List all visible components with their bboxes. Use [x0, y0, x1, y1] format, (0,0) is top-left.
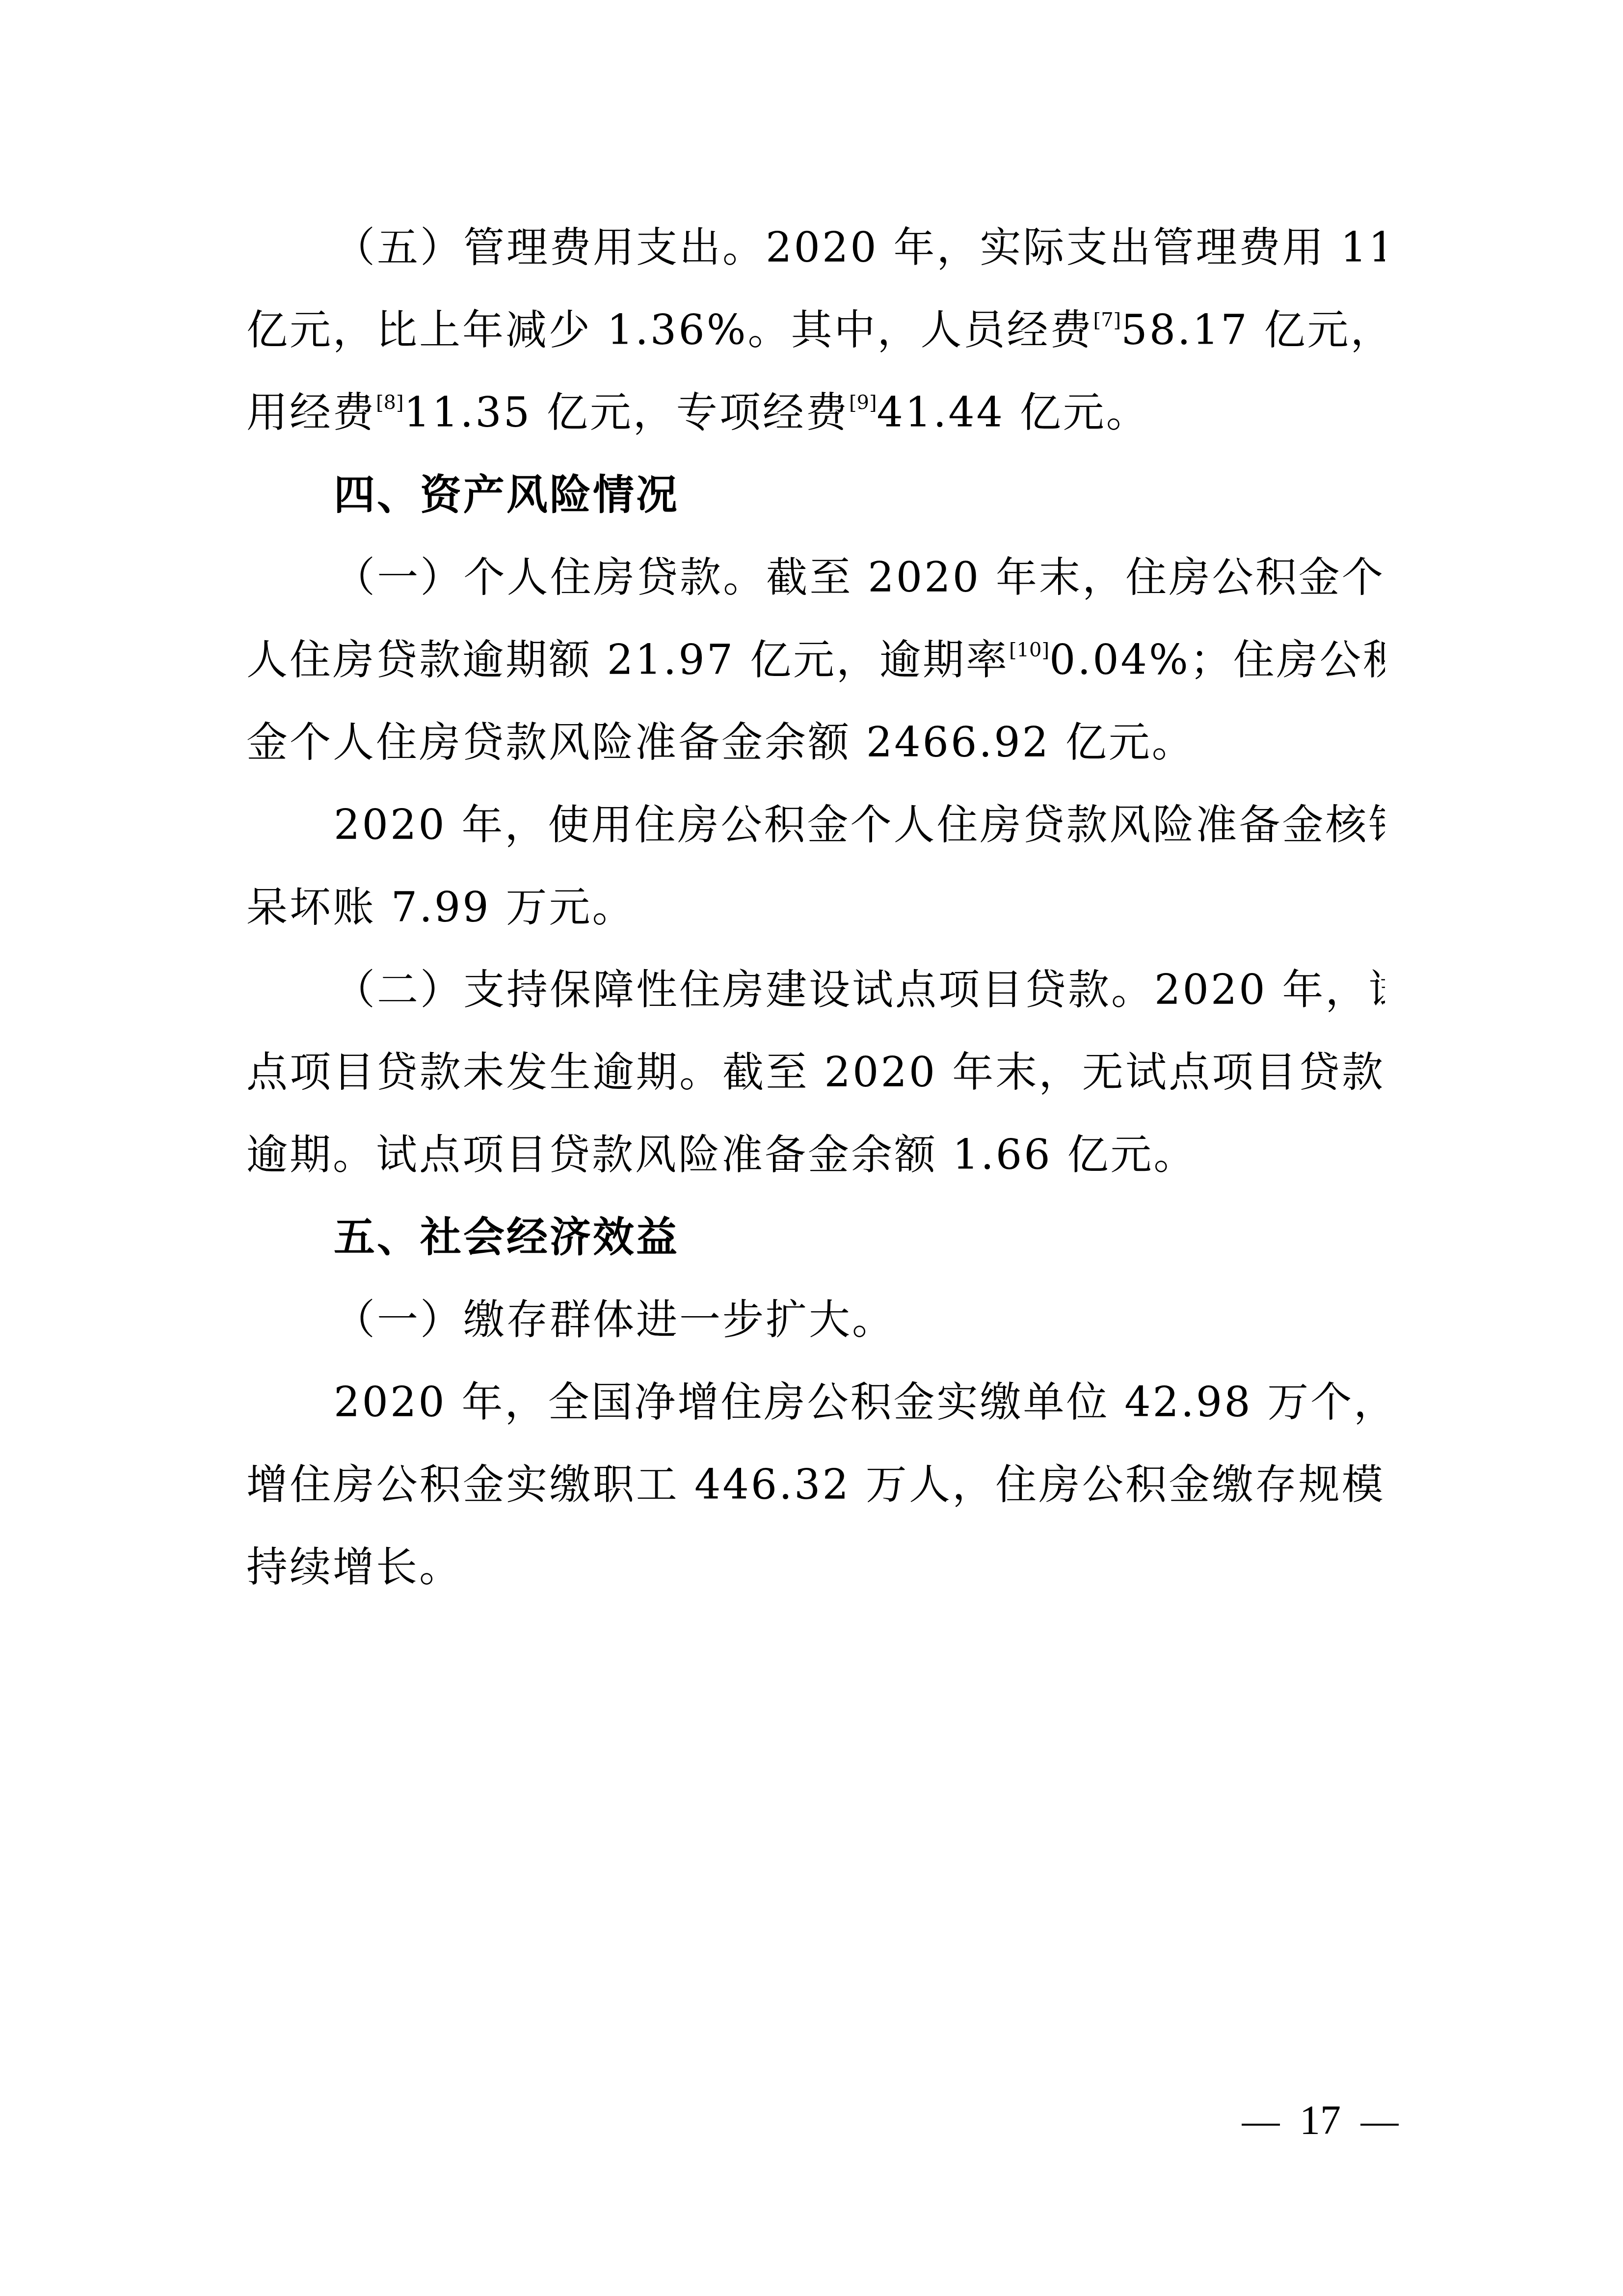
page-number-value: 17	[1300, 2098, 1341, 2143]
text-segment: 41.44 亿元。	[877, 388, 1149, 436]
text-segment: 用经费	[246, 388, 376, 436]
text-segment: 亿元，比上年减少 1.36%。其中，人员经费	[246, 306, 1093, 354]
paragraph-line: 2020 年，全国净增住房公积金实缴单位 42.98 万个，净	[246, 1361, 1385, 1443]
text-segment: 58.17 亿元，公	[1121, 306, 1385, 354]
paragraph-line: 用经费[8]11.35 亿元，专项经费[9]41.44 亿元。	[246, 371, 1385, 454]
dash-left	[1242, 2124, 1280, 2126]
text-segment: 0.04%；住房公积	[1049, 636, 1385, 684]
text-segment: 11.35 亿元，专项经费	[404, 388, 849, 436]
footnote-ref-10[interactable]: [10]	[1009, 639, 1049, 661]
section-heading-asset-risk: 四、资产风险情况	[246, 454, 1385, 536]
sub-heading-contributors-expand: （一）缴存群体进一步扩大。	[246, 1278, 1385, 1361]
text-segment: 人住房贷款逾期额 21.97 亿元，逾期率	[246, 636, 1009, 684]
paragraph-line: （一）个人住房贷款。截至 2020 年末，住房公积金个	[246, 536, 1385, 619]
footnote-ref-7[interactable]: [7]	[1093, 309, 1121, 331]
dash-right	[1360, 2124, 1399, 2126]
paragraph-line: 逾期。试点项目贷款风险准备金余额 1.66 亿元。	[246, 1113, 1385, 1196]
footnote-ref-9[interactable]: [9]	[849, 391, 877, 414]
paragraph-line: （五）管理费用支出。2020 年，实际支出管理费用 110.97	[246, 206, 1385, 289]
footnote-ref-8[interactable]: [8]	[376, 391, 404, 414]
page-number: 17	[1222, 2096, 1418, 2145]
paragraph-line: 增住房公积金实缴职工 446.32 万人，住房公积金缴存规模	[246, 1443, 1385, 1526]
paragraph-line: 2020 年，使用住房公积金个人住房贷款风险准备金核销	[246, 783, 1385, 866]
paragraph-line: 亿元，比上年减少 1.36%。其中，人员经费[7]58.17 亿元，公	[246, 289, 1385, 371]
paragraph-line: 点项目贷款未发生逾期。截至 2020 年末，无试点项目贷款	[246, 1031, 1385, 1113]
paragraph-line: 人住房贷款逾期额 21.97 亿元，逾期率[10]0.04%；住房公积	[246, 619, 1385, 701]
paragraph-line: 持续增长。	[246, 1526, 1385, 1608]
document-page: （五）管理费用支出。2020 年，实际支出管理费用 110.97 亿元，比上年减…	[246, 206, 1385, 1608]
paragraph-line: 金个人住房贷款风险准备金余额 2466.92 亿元。	[246, 701, 1385, 783]
paragraph-line: （二）支持保障性住房建设试点项目贷款。2020 年，试	[246, 948, 1385, 1031]
paragraph-line: 呆坏账 7.99 万元。	[246, 866, 1385, 948]
section-heading-socioeconomic-benefits: 五、社会经济效益	[246, 1196, 1385, 1278]
